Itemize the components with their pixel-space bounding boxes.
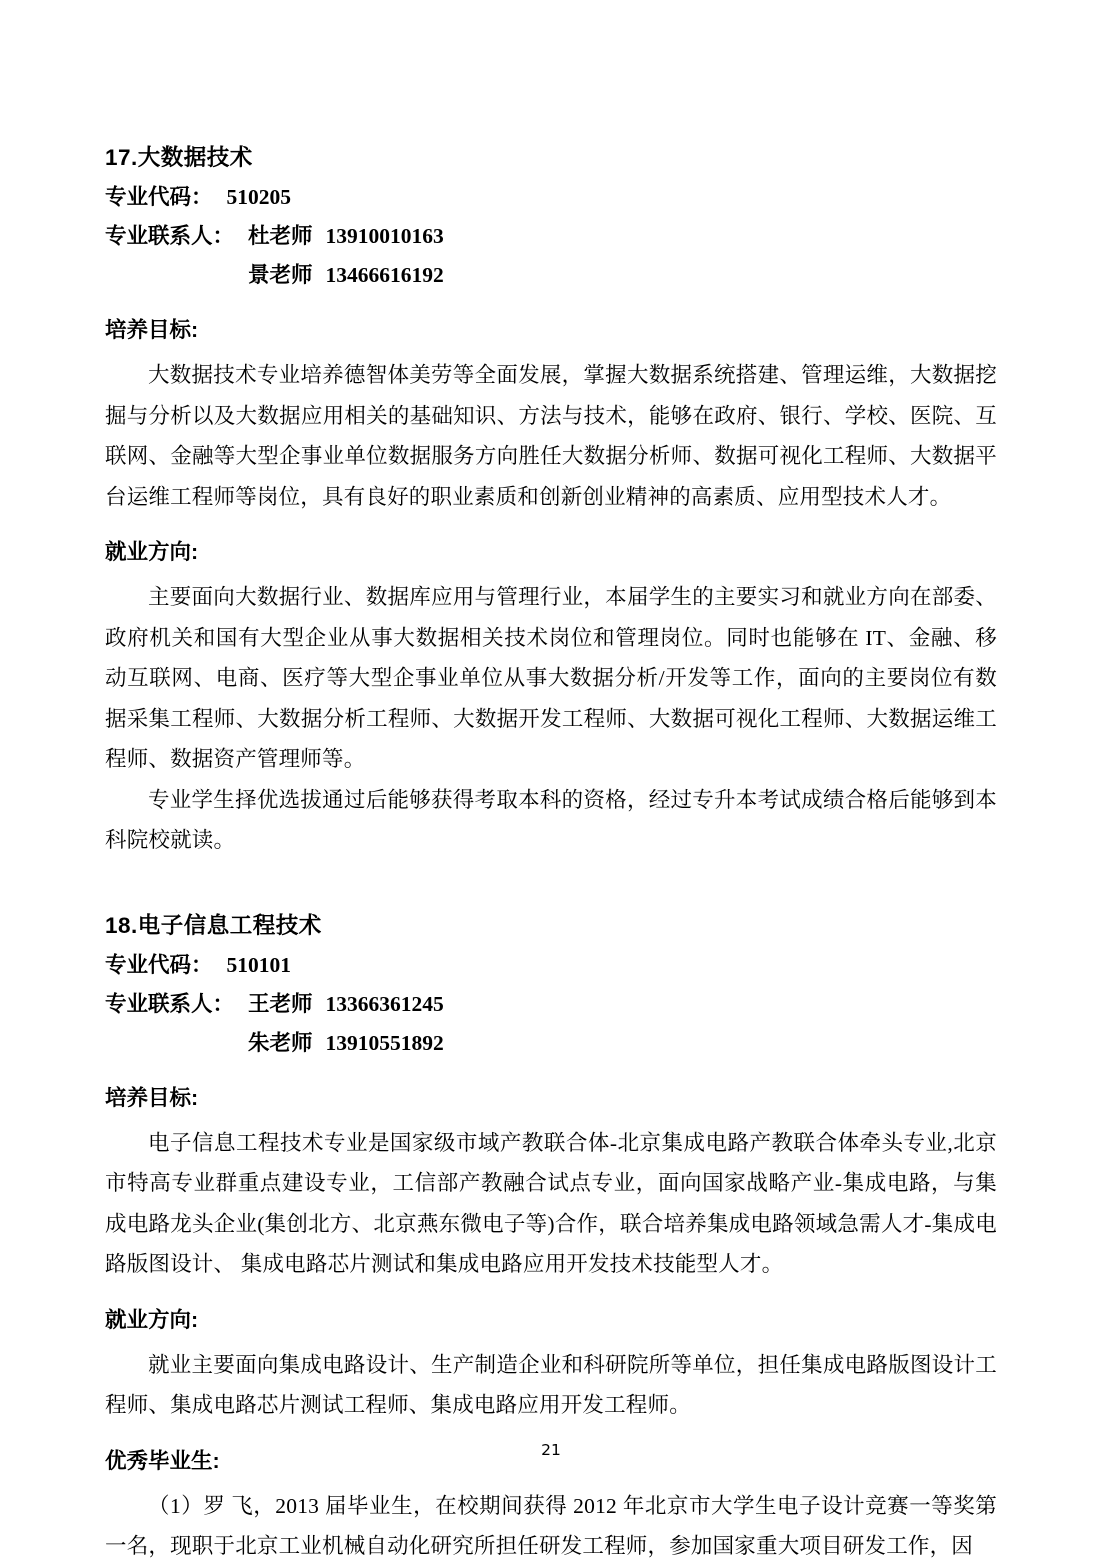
major-code-value: 510205 — [227, 178, 292, 217]
contact-label: 专业联系人： — [105, 985, 234, 1024]
contact-entry: 朱老师13910551892 — [234, 1024, 444, 1063]
employment-direction-paragraph: 就业主要面向集成电路设计、生产制造企业和科研院所等单位，担任集成电路版图设计工程… — [105, 1345, 997, 1426]
training-objective-paragraph: 电子信息工程技术专业是国家级市域产教联合体-北京集成电路产教联合体牵头专业,北京… — [105, 1123, 997, 1285]
contact-list: 王老师13366361245 朱老师13910551892 — [234, 985, 444, 1063]
contact-label: 专业联系人： — [105, 217, 234, 256]
contact-entry: 杜老师13910010163 — [234, 217, 444, 256]
major-code-value: 510101 — [227, 946, 292, 985]
employment-direction-heading: 就业方向: — [105, 532, 997, 572]
major-code-line: 专业代码： 510101 — [105, 946, 997, 985]
training-objective-paragraph: 大数据技术专业培养德智体美劳等全面发展，掌握大数据系统搭建、管理运维，大数据挖掘… — [105, 355, 997, 517]
section-17-big-data: 17.大数据技术 专业代码： 510205 专业联系人： 杜老师13910010… — [105, 138, 997, 861]
contact-name: 王老师 — [248, 992, 313, 1016]
section-18-electronic-info: 18.电子信息工程技术 专业代码： 510101 专业联系人： 王老师13366… — [105, 906, 997, 1559]
major-code-label: 专业代码： — [105, 178, 213, 217]
employment-direction-heading: 就业方向: — [105, 1300, 997, 1340]
contact-entry: 王老师13366361245 — [234, 985, 444, 1024]
employment-direction-paragraph: 专业学生择优选拔通过后能够获得考取本科的资格，经过专升本考试成绩合格后能够到本科… — [105, 780, 997, 861]
contact-phone: 13366361245 — [326, 992, 444, 1016]
training-objective-heading: 培养目标: — [105, 310, 997, 350]
page-number: 21 — [0, 1441, 1102, 1459]
contact-line: 专业联系人： 杜老师13910010163 景老师13466616192 — [105, 217, 997, 295]
contact-line: 专业联系人： 王老师13366361245 朱老师13910551892 — [105, 985, 997, 1063]
contact-phone: 13910010163 — [326, 224, 444, 248]
employment-direction-paragraph: 主要面向大数据行业、数据库应用与管理行业，本届学生的主要实习和就业方向在部委、政… — [105, 577, 997, 780]
contact-entry: 景老师13466616192 — [234, 256, 444, 295]
section-title: 18.电子信息工程技术 — [105, 906, 997, 946]
contact-name: 景老师 — [248, 263, 313, 287]
contact-name: 朱老师 — [248, 1031, 313, 1055]
outstanding-graduates-paragraph: （1）罗 飞，2013 届毕业生，在校期间获得 2012 年北京市大学生电子设计… — [105, 1486, 997, 1559]
contact-phone: 13466616192 — [326, 263, 444, 287]
document-content: 17.大数据技术 专业代码： 510205 专业联系人： 杜老师13910010… — [0, 0, 1102, 1559]
contact-name: 杜老师 — [248, 224, 313, 248]
major-code-line: 专业代码： 510205 — [105, 178, 997, 217]
section-title: 17.大数据技术 — [105, 138, 997, 178]
contact-list: 杜老师13910010163 景老师13466616192 — [234, 217, 444, 295]
contact-phone: 13910551892 — [326, 1031, 444, 1055]
major-code-label: 专业代码： — [105, 946, 213, 985]
document-page: 17.大数据技术 专业代码： 510205 专业联系人： 杜老师13910010… — [0, 0, 1102, 1559]
training-objective-heading: 培养目标: — [105, 1078, 997, 1118]
